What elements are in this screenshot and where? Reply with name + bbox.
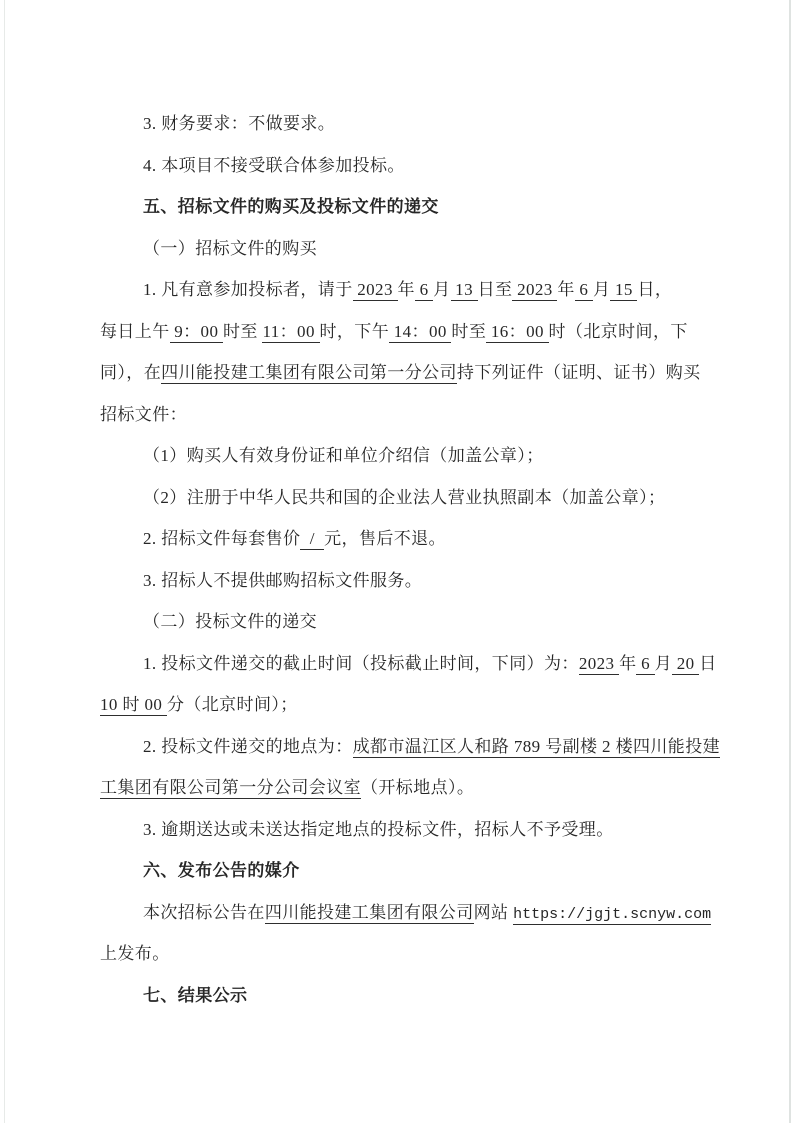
sub-heading-1-document-purchase: （一）招标文件的购买 — [100, 228, 696, 270]
text-segment: 本次招标公告在 — [143, 903, 265, 922]
text-segment: 日至 — [478, 280, 513, 299]
para-submission-place-line1: 2. 投标文件递交的地点为：成都市温江区人和路 789 号副楼 2 楼四川能投建 — [100, 726, 696, 768]
underlined-field-text: 16：00 — [486, 322, 548, 343]
text-segment: 六、发布公告的媒介 — [143, 861, 300, 880]
para-announcement-line2: 上发布。 — [100, 933, 696, 975]
underlined-field-text: 6 — [575, 280, 593, 301]
item-credential-2-business-license: （2）注册于中华人民共和国的企业法人营业执照副本（加盖公章）； — [100, 477, 696, 519]
text-segment: 时至 — [223, 322, 262, 341]
para-deadline-line1: 1. 投标文件递交的截止时间（投标截止时间，下同）为：2023 年 6 月 20… — [100, 643, 696, 685]
text-segment: 时（北京时间，下 — [549, 322, 688, 341]
text-segment: 3. 招标人不提供邮购招标文件服务。 — [143, 571, 422, 590]
item-document-price: 2. 招标文件每套售价 / 元，售后不退。 — [100, 518, 696, 560]
document-body: 3. 财务要求：不做要求。4. 本项目不接受联合体参加投标。五、招标文件的购买及… — [100, 103, 696, 1016]
underlined-field-text: 2023 — [579, 654, 619, 675]
text-segment: 持下列证件（证明、证书）购买 — [457, 363, 701, 382]
underlined-field-text: 15 — [610, 280, 637, 301]
text-segment: 时至 — [451, 322, 486, 341]
underlined-field-text: 10 时 00 — [100, 695, 167, 716]
text-segment: 日 — [699, 654, 716, 673]
text-segment: 年 — [619, 654, 636, 673]
heading-5-purchase-and-submission: 五、招标文件的购买及投标文件的递交 — [100, 186, 696, 228]
item-3-financial-requirement: 3. 财务要求：不做要求。 — [100, 103, 696, 145]
text-segment: （2）注册于中华人民共和国的企业法人营业执照副本（加盖公章）； — [143, 488, 665, 507]
underlined-field-text: 成都市温江区人和路 789 号副楼 2 楼四川能投建 — [353, 737, 720, 758]
text-segment: 2. 投标文件递交的地点为： — [143, 737, 353, 756]
underlined-field-text: 2023 — [512, 280, 557, 301]
text-segment: 3. 逾期送达或未送达指定地点的投标文件，招标人不予受理。 — [143, 820, 614, 839]
text-segment: 年 — [398, 280, 415, 299]
text-segment: 招标文件： — [100, 405, 187, 424]
underlined-field-text: 11：00 — [262, 322, 319, 343]
para-announcement-line1: 本次招标公告在四川能投建工集团有限公司网站 https://jgjt.scnyw… — [100, 892, 696, 934]
para-submission-place-line2: 工集团有限公司第一分公司会议室（开标地点）。 — [100, 767, 696, 809]
text-segment: 1. 投标文件递交的截止时间（投标截止时间，下同）为： — [143, 654, 579, 673]
text-segment: 月 — [433, 280, 450, 299]
heading-7-result-publicity: 七、结果公示 — [100, 975, 696, 1017]
text-segment: （开标地点）。 — [361, 778, 474, 797]
text-segment: （1）购买人有效身份证和单位介绍信（加盖公章）； — [143, 446, 544, 465]
text-segment: 月 — [593, 280, 610, 299]
text-segment: 月 — [655, 654, 672, 673]
sub-heading-2-bid-submission: （二）投标文件的递交 — [100, 601, 696, 643]
item-no-mail-order: 3. 招标人不提供邮购招标文件服务。 — [100, 560, 696, 602]
text-segment: 日， — [637, 280, 672, 299]
para-purchase-period-line3: 同），在四川能投建工集团有限公司第一分公司持下列证件（证明、证书）购买 — [100, 352, 696, 394]
para-purchase-period-line1: 1. 凡有意参加投标者，请于 2023 年 6 月 13 日至 2023 年 6… — [100, 269, 696, 311]
text-segment: 同），在 — [100, 363, 161, 382]
text-segment: 五、招标文件的购买及投标文件的递交 — [143, 197, 439, 216]
text-segment: 分（北京时间）； — [167, 695, 298, 714]
underlined-field-text: 13 — [451, 280, 478, 301]
scan-edge-right — [789, 0, 791, 1123]
underlined-field-text: 6 — [636, 654, 654, 675]
text-segment: 时，下午 — [320, 322, 390, 341]
underlined-field-text: 6 — [415, 280, 433, 301]
para-purchase-period-line4: 招标文件： — [100, 394, 696, 436]
text-segment: 4. 本项目不接受联合体参加投标。 — [143, 156, 405, 175]
underlined-field-text: / — [300, 529, 324, 550]
text-segment: （二）投标文件的递交 — [143, 612, 317, 631]
text-segment: 上发布。 — [100, 944, 170, 963]
item-late-submission-rejected: 3. 逾期送达或未送达指定地点的投标文件，招标人不予受理。 — [100, 809, 696, 851]
url-text: https://jgjt.scnyw.com — [513, 906, 711, 925]
item-credential-1-id-and-letter: （1）购买人有效身份证和单位介绍信（加盖公章）； — [100, 435, 696, 477]
text-segment: 网站 — [474, 903, 513, 922]
item-4-no-consortium: 4. 本项目不接受联合体参加投标。 — [100, 145, 696, 187]
para-purchase-period-line2: 每日上午 9：00 时至 11：00 时，下午 14：00 时至 16：00 时… — [100, 311, 696, 353]
underlined-field-text: 14：00 — [389, 322, 451, 343]
underlined-field-text: 9：00 — [170, 322, 223, 343]
underlined-field-text: 20 — [672, 654, 699, 675]
underlined-field-text: 四川能投建工集团有限公司 — [265, 903, 474, 924]
text-segment: （一）招标文件的购买 — [143, 239, 317, 258]
text-segment: 每日上午 — [100, 322, 170, 341]
heading-6-announcement-media: 六、发布公告的媒介 — [100, 850, 696, 892]
text-segment: 年 — [557, 280, 574, 299]
text-segment: 七、结果公示 — [143, 986, 247, 1005]
document-page: 3. 财务要求：不做要求。4. 本项目不接受联合体参加投标。五、招标文件的购买及… — [0, 0, 794, 1123]
text-segment: 元，售后不退。 — [324, 529, 446, 548]
text-segment: 1. 凡有意参加投标者，请于 — [143, 280, 353, 299]
text-segment: 2. 招标文件每套售价 — [143, 529, 300, 548]
scan-edge-left — [4, 0, 5, 1123]
text-segment: 3. 财务要求：不做要求。 — [143, 114, 335, 133]
para-deadline-line2: 10 时 00 分（北京时间）； — [100, 684, 696, 726]
underlined-field-text: 工集团有限公司第一分公司会议室 — [100, 778, 361, 799]
underlined-field-text: 2023 — [353, 280, 398, 301]
underlined-field-text: 四川能投建工集团有限公司第一分公司 — [161, 363, 457, 384]
